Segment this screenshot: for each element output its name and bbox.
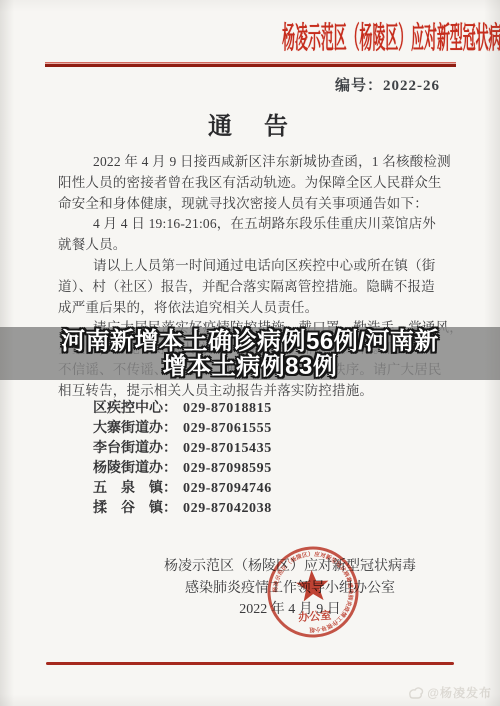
contact-phone: 029-87094746 xyxy=(183,481,272,496)
contact-label: 大寨街道办： xyxy=(93,421,177,436)
body-line: 4 月 4 日 19:16-21:06，在五胡路东段乐佳重庆川菜馆店外 xyxy=(58,214,442,235)
stamp-star-icon xyxy=(295,569,329,602)
contact-label: 杨陵街道办： xyxy=(93,461,177,476)
body-line: 2022 年 4 月 9 日接西咸新区沣东新城协查函，1 名核酸检测 xyxy=(58,152,442,173)
headline-line-2: 增本土病例83例 xyxy=(163,354,338,379)
body-line: 成严重后果的，将依法追究相关人员责任。 xyxy=(58,298,442,319)
contact-phone: 029-87015435 xyxy=(183,441,272,456)
news-headline-overlay: 河南新增本土确诊病例56例/河南新 增本土病例83例 xyxy=(0,327,500,380)
contact-label: 区疾控中心： xyxy=(93,401,177,416)
body-line: 道）、村（社区）报告，并配合落实隔离管控措施。隐瞒不报造 xyxy=(58,277,442,298)
contact-row: 五 泉 镇：029-87094746 xyxy=(93,479,272,499)
body-line: 阳性人员的密接者曾在我区有活动轨迹。为保障全区人民群众生 xyxy=(58,173,442,194)
contact-phone: 029-87042038 xyxy=(183,501,272,516)
letterhead-divider-line xyxy=(45,62,456,67)
letterhead-org-title: 杨凌示范区（杨陵区）应对新型冠状病毒感染肺炎疫情工作领导小组办公室 xyxy=(282,20,500,58)
notice-document-photo: 杨凌示范区（杨陵区）应对新型冠状病毒感染肺炎疫情工作领导小组办公室 编号：202… xyxy=(0,0,500,706)
contact-label: 五 泉 镇： xyxy=(93,481,177,496)
document-number: 编号：2022-26 xyxy=(335,74,440,95)
headline-line-1: 河南新增本土确诊病例56例/河南新 xyxy=(61,329,439,354)
contact-row: 杨陵街道办：029-87098595 xyxy=(93,459,272,479)
bottom-red-line xyxy=(46,662,454,665)
watermark-text: @杨凌发布 xyxy=(427,684,492,701)
stamp-center-text: 办公室 xyxy=(298,608,332,624)
contact-phone: 029-87098595 xyxy=(183,461,272,476)
publisher-watermark: @杨凌发布 xyxy=(408,684,492,701)
notice-heading: 通 告 xyxy=(0,106,500,141)
body-line: 请以上人员第一时间通过电话向区疾控中心或所在镇（街 xyxy=(58,256,442,277)
contact-phone-list: 区疾控中心：029-87018815 大寨街道办：029-87061555 李台… xyxy=(93,399,272,519)
contact-label: 揉 谷 镇： xyxy=(93,501,177,516)
letterhead: 杨凌示范区（杨陵区）应对新型冠状病毒感染肺炎疫情工作领导小组办公室 xyxy=(0,20,500,58)
body-line: 就餐人员。 xyxy=(58,235,442,256)
official-red-stamp-icon: 杨凌示范区（杨陵区）应对新型冠状病毒感染肺炎疫情工作领导小组 办公室 xyxy=(262,541,364,643)
contact-phone: 029-87061555 xyxy=(183,421,272,436)
contact-label: 李台街道办： xyxy=(93,441,177,456)
contact-row: 揉 谷 镇：029-87042038 xyxy=(93,499,272,519)
contact-row: 大寨街道办：029-87061555 xyxy=(93,419,272,439)
contact-row: 区疾控中心：029-87018815 xyxy=(93,399,272,419)
contact-phone: 029-87018815 xyxy=(183,401,272,416)
publisher-logo-icon xyxy=(408,686,424,699)
body-line: 命安全和身体健康，现就寻找次密接人员有关事项通告如下： xyxy=(58,194,442,215)
contact-row: 李台街道办：029-87015435 xyxy=(93,439,272,459)
